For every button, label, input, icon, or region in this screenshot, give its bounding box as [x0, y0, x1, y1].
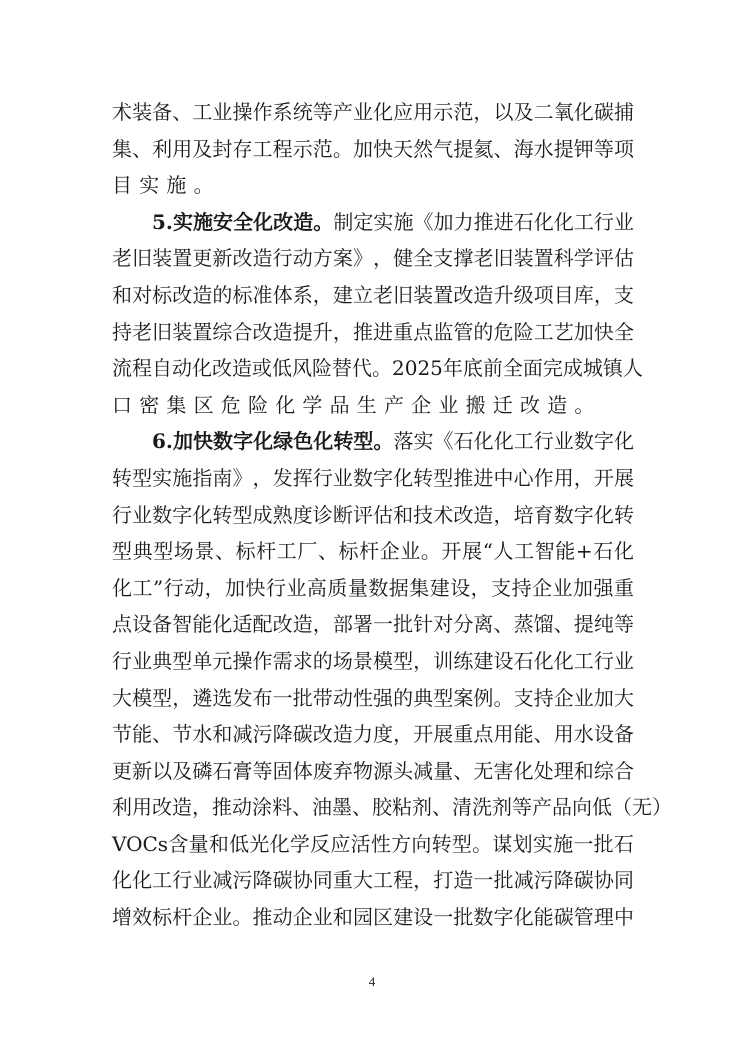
section-6-first-line: 6.加快数字化绿色化转型。落实《石化化工行业数字化	[112, 423, 634, 460]
text-line: 目实施。	[112, 167, 634, 204]
text-line: 术装备、工业操作系统等产业化应用示范，以及二氧化碳捕	[112, 94, 634, 131]
text-line: 更新以及磷石膏等固体废弃物源头减量、无害化处理和综合	[112, 753, 634, 790]
text-line: 节能、节水和减污降碳改造力度，开展重点用能、用水设备	[112, 716, 634, 753]
text-line: 和对标改造的标准体系，建立老旧装置改造升级项目库，支	[112, 277, 634, 314]
text-line: 化工”行动，加快行业高质量数据集建设，支持企业加强重	[112, 570, 634, 607]
text-line: 集、利用及封存工程示范。加快天然气提氦、海水提钾等项	[112, 131, 634, 168]
text-line: 老旧装置更新改造行动方案》，健全支撑老旧装置科学评估	[112, 240, 634, 277]
text-line: 行业数字化转型成熟度诊断评估和技术改造，培育数字化转	[112, 497, 634, 534]
text-line: 行业典型单元操作需求的场景模型，训练建设石化化工行业	[112, 643, 634, 680]
document-body: 术装备、工业操作系统等产业化应用示范，以及二氧化碳捕 集、利用及封存工程示范。加…	[112, 94, 634, 936]
text-line: 流程自动化改造或低风险替代。2025年底前全面完成城镇人	[112, 350, 634, 387]
page-number: 4	[0, 974, 744, 990]
text-line: 点设备智能化适配改造，部署一批针对分离、蒸馏、提纯等	[112, 606, 634, 643]
text-line: 化化工行业减污降碳协同重大工程，打造一批减污降碳协同	[112, 862, 634, 899]
text-line: VOCs含量和低光化学反应活性方向转型。谋划实施一批石	[112, 826, 634, 863]
section-5-first-line: 5.实施安全化改造。制定实施《加力推进石化化工行业	[112, 204, 634, 241]
text-line: 转型实施指南》，发挥行业数字化转型推进中心作用，开展	[112, 460, 634, 497]
text-line: 增效标杆企业。推动企业和园区建设一批数字化能碳管理中	[112, 899, 634, 936]
text-line: 大模型，遴选发布一批带动性强的典型案例。支持企业加大	[112, 680, 634, 717]
text-line: 型典型场景、标杆工厂、标杆企业。开展“人工智能+石化	[112, 533, 634, 570]
document-page: 术装备、工业操作系统等产业化应用示范，以及二氧化碳捕 集、利用及封存工程示范。加…	[0, 0, 744, 1051]
text-line: 利用改造，推动涂料、油墨、胶粘剂、清洗剂等产品向低（无）	[112, 789, 634, 826]
text-line: 口密集区危险化学品生产企业搬迁改造。	[112, 387, 634, 424]
text-line: 持老旧装置综合改造提升，推进重点监管的危险工艺加快全	[112, 314, 634, 351]
